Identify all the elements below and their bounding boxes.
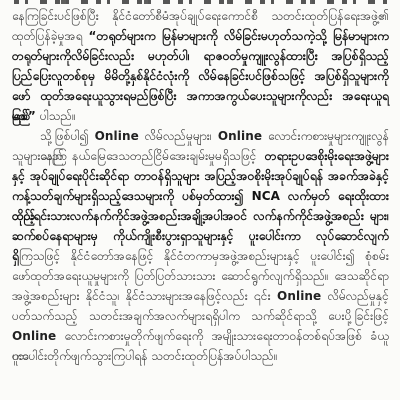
text-line: ပတ်သက်သည့် သတင်းအချက်အလက်များရရှိပါက သက်… <box>12 306 389 326</box>
text-line: ရှိကြသဖြင့် နိုင်ငံတော်အနေဖြင့် နိုင်ငံတ… <box>12 246 389 266</box>
bold-text-segment: “တရုတ်များက မြန်မာများကို လိမ်ခြင်းမဟုတ်… <box>89 29 389 43</box>
bold-text-segment: တိုင်းရင်းသားလက်နက်ကိုင်အဖွဲ့အစည်းအချို့… <box>12 209 389 223</box>
text-segment: လိမ်လည်မှုများ၊ <box>139 129 218 143</box>
text-line: ပူးပေါင်းတိုက်ဖျက်သွားကြပါရန် သတင်းထုတ်ပ… <box>12 346 389 366</box>
bold-text-segment: ဖြစ်” <box>12 109 36 123</box>
text-line: ကန့်သတ်ချက်များရှိသည့်ဒေသများကို ပစ်မှတ်… <box>12 186 389 206</box>
latin-text-segment: Online <box>277 289 321 303</box>
text-line: တရုတ်များကိုလိမ်ခြင်းလည်း မဟုတ်ပါ၊ ရာဇဝတ… <box>12 46 389 66</box>
text-line: ဖော် ထုတ်အရေးယူသွားရမည်ဖြစ်ပြီး အကာအကွယ်… <box>12 86 389 106</box>
text-line: တိုင်းရင်းသားလက်နက်ကိုင်အဖွဲ့အစည်းအချို့… <box>12 206 389 226</box>
text-line: ဆက်စပ်နေရာများမှ ကိုယ်ကျိုးစီးပွားရှာသူမ… <box>12 226 389 246</box>
latin-text-segment: Online <box>218 129 262 143</box>
text-segment: ပူးပေါင်းတိုက်ဖျက်သွားကြပါရန် သတင်းထုတ်ပ… <box>12 349 278 363</box>
text-segment: ပါသည်။ <box>36 109 76 123</box>
text-line: ဖော်ထုတ်အရေးယူမှုများကို ပြတ်ပြတ်သားသား … <box>12 266 389 286</box>
text-line: သို့ဖြစ်ပါ၍ Online လိမ်လည်မှုများ၊ Onlin… <box>12 126 389 146</box>
text-line: နှင့် အုပ်ချုပ်ရေးပိုင်းဆိုင်ရာ တာဝန်ရှိ… <box>12 166 389 186</box>
text-segment: ကြသဖြင့် နိုင်ငံတော်အနေဖြင့် နိုင်ငံတကာမ… <box>19 249 389 263</box>
text-line: ထုတ်ပြန်ခဲ့မှုအရ “တရုတ်များက မြန်မာများက… <box>12 26 389 46</box>
text-segment: သို့ဖြစ်ပါ၍ <box>40 129 95 143</box>
text-segment: ပတ်သက်သည့် သတင်းအချက်အလက်များရရှိပါက သက်… <box>12 309 389 323</box>
text-line: Online လောင်းကစားမှုတိုက်ဖျက်ရေးကို အမျိ… <box>12 326 389 346</box>
text-segment: အဖွဲ့အစည်းများ နိုင်ငံသူ၊ နိုင်ငံသားများ… <box>12 289 277 303</box>
text-line: ပြည်ပြေးလူတစ်စုမှ မိမိတို့နှစ်နိုင်ငံလုံ… <box>12 66 389 86</box>
bold-text-segment: ပြည်ပြေးလူတစ်စုမှ မိမိတို့နှစ်နိုင်ငံလုံ… <box>12 69 389 83</box>
text-segment: လိမ်လည်မှုနှင့် <box>321 289 389 303</box>
latin-text-segment: Online <box>12 329 56 343</box>
text-segment: သူများသည် နယ်မြေဒေသတည်ငြိမ်အေးချမ်းမှုမရ… <box>12 149 265 163</box>
text-segment: နေကြခြင်းပင်ဖြစ်ပြီး နိုင်ငံတော်စီမံအုပ်… <box>12 9 389 23</box>
text-segment: ထုတ်ပြန်ခဲ့မှုအရ <box>12 29 89 43</box>
text-line: အဖွဲ့အစည်းများ နိုင်ငံသူ၊ နိုင်ငံသားများ… <box>12 286 389 306</box>
text-line: သူများသည် နယ်မြေဒေသတည်ငြိမ်အေးချမ်းမှုမရ… <box>12 146 389 166</box>
document-page: နေကြခြင်းပင်ဖြစ်ပြီး နိုင်ငံတော်စီမံအုပ်… <box>0 0 400 400</box>
bold-text-segment: ရှိ <box>12 249 19 263</box>
bold-text-segment: နှင့် အုပ်ချုပ်ရေးပိုင်းဆိုင်ရာ တာဝန်ရှိ… <box>12 169 389 183</box>
text-line: နေကြခြင်းပင်ဖြစ်ပြီး နိုင်ငံတော်စီမံအုပ်… <box>12 6 389 26</box>
bold-text-segment: ဆက်စပ်နေရာများမှ ကိုယ်ကျိုးစီးပွားရှာသူမ… <box>12 229 389 243</box>
clipped-line-top <box>14 0 387 4</box>
latin-text-segment: Online <box>95 129 139 143</box>
bold-text-segment: တရားဥပဒေစိုးမိုးရေးအဖွဲ့များ <box>265 149 389 163</box>
bold-text-segment: တရုတ်များကိုလိမ်ခြင်းလည်း မဟုတ်ပါ၊ ရာဇဝတ… <box>12 49 389 63</box>
article-body: နေကြခြင်းပင်ဖြစ်ပြီး နိုင်ငံတော်စီမံအုပ်… <box>12 5 389 366</box>
text-segment: ဖော်ထုတ်အရေးယူမှုများကို ပြတ်ပြတ်သားသား … <box>12 269 389 283</box>
text-line: ဖြစ်” ပါသည်။ <box>12 106 389 126</box>
